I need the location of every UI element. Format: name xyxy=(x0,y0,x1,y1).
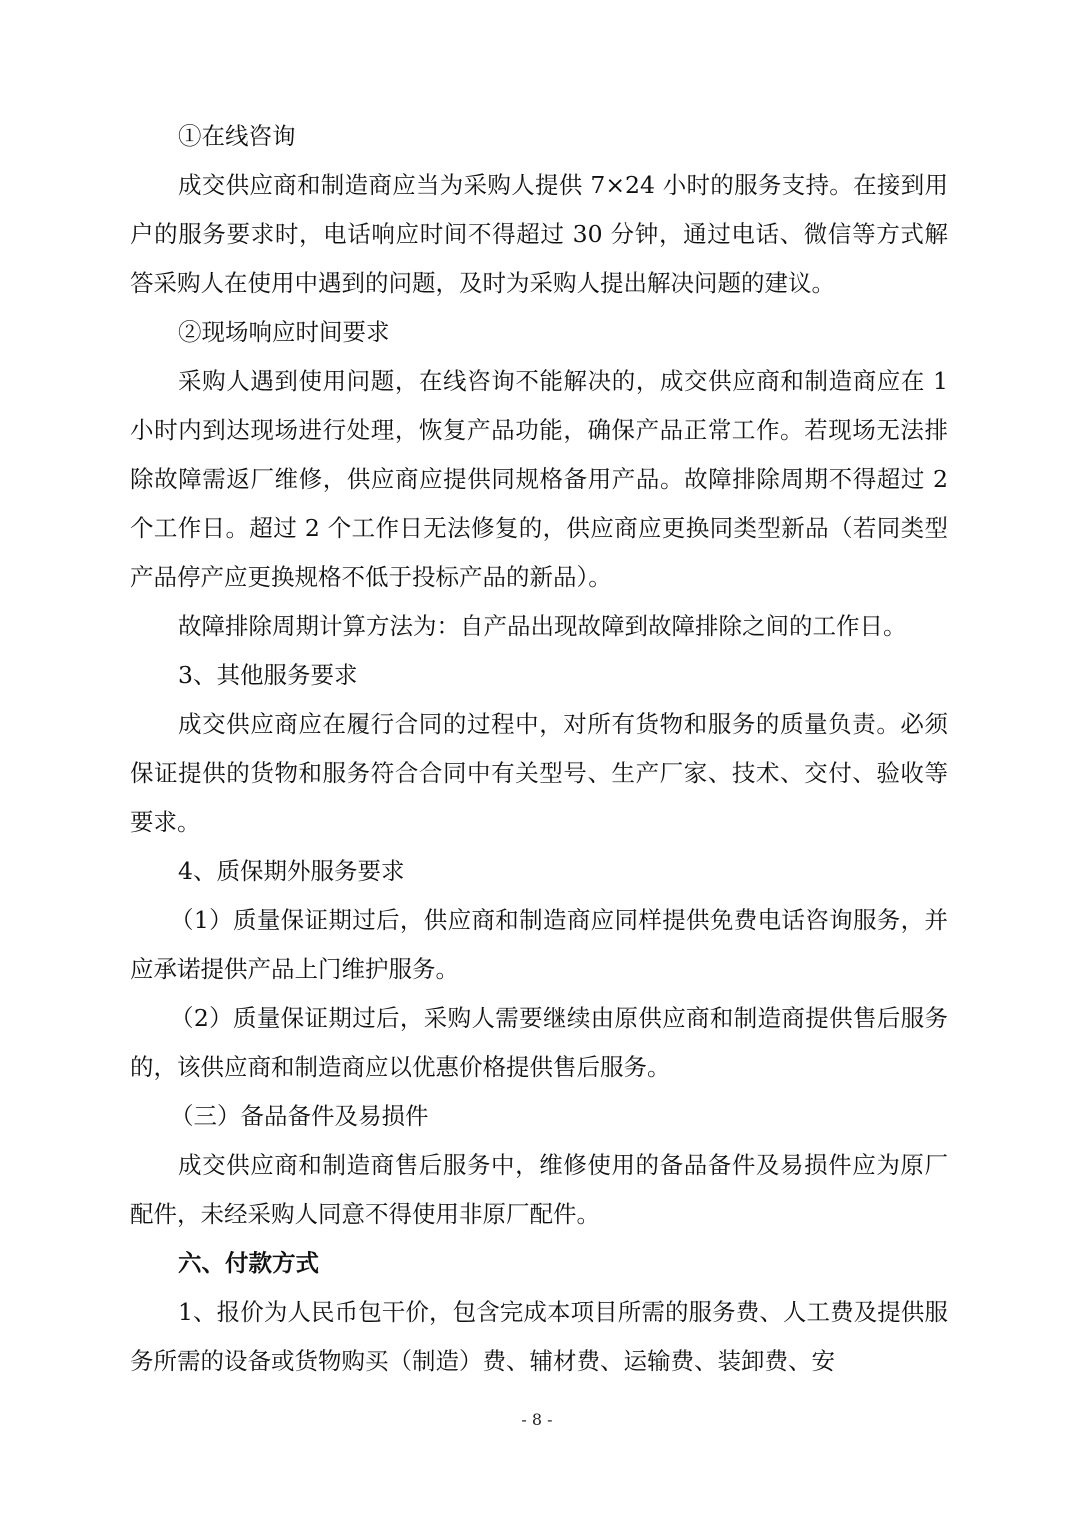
document-page: ①在线咨询 成交供应商和制造商应当为采购人提供 7×24 小时的服务支持。在接到… xyxy=(130,112,948,1386)
spare-parts-body: 成交供应商和制造商售后服务中，维修使用的备品备件及易损件应为原厂配件，未经采购人… xyxy=(130,1141,948,1239)
online-consult-body: 成交供应商和制造商应当为采购人提供 7×24 小时的服务支持。在接到用户的服务要… xyxy=(130,161,948,308)
other-service-heading: 3、其他服务要求 xyxy=(130,651,948,700)
payment-heading: 六、付款方式 xyxy=(130,1239,948,1288)
payment-item-1: 1、报价为人民币包干价，包含完成本项目所需的服务费、人工费及提供服务所需的设备或… xyxy=(130,1288,948,1386)
online-consult-heading: ①在线咨询 xyxy=(130,112,948,161)
post-warranty-heading: 4、质保期外服务要求 xyxy=(130,847,948,896)
fault-cycle-calc: 故障排除周期计算方法为：自产品出现故障到故障排除之间的工作日。 xyxy=(130,602,948,651)
onsite-response-heading: ②现场响应时间要求 xyxy=(130,308,948,357)
post-warranty-item-2: （2）质量保证期过后，采购人需要继续由原供应商和制造商提供售后服务的，该供应商和… xyxy=(130,994,948,1092)
page-number: - 8 - xyxy=(0,1410,1074,1429)
spare-parts-heading: （三）备品备件及易损件 xyxy=(130,1092,948,1141)
onsite-response-body: 采购人遇到使用问题，在线咨询不能解决的，成交供应商和制造商应在 1 小时内到达现… xyxy=(130,357,948,602)
other-service-body: 成交供应商应在履行合同的过程中，对所有货物和服务的质量负责。必须保证提供的货物和… xyxy=(130,700,948,847)
post-warranty-item-1: （1）质量保证期过后，供应商和制造商应同样提供免费电话咨询服务，并应承诺提供产品… xyxy=(130,896,948,994)
